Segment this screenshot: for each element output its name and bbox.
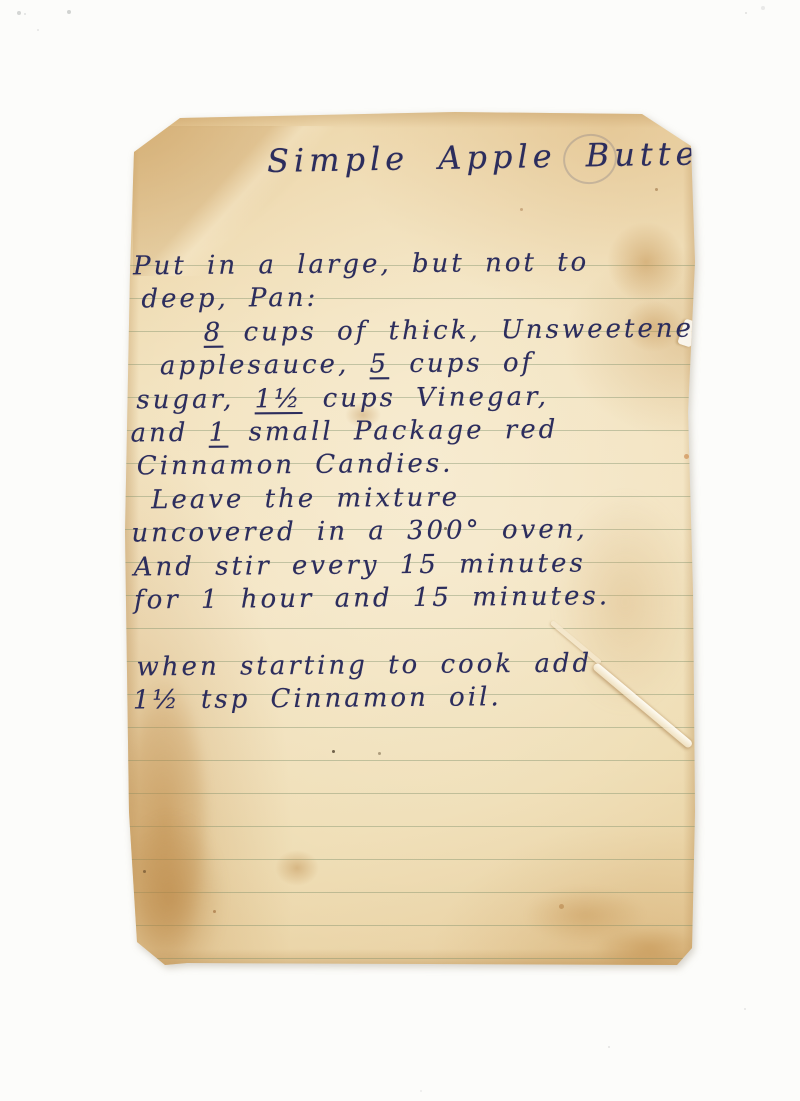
- handwriting-segment: cups Vinegar,: [302, 381, 549, 413]
- recipe-title: Simple Apple Butter: [267, 134, 720, 180]
- recipe-line: deep, Pan:: [129, 279, 693, 317]
- scanner-dust-specks: [0, 0, 2, 2]
- recipe-paper: Simple Apple Butter Put in a large, but …: [125, 112, 695, 965]
- foxing-specks: [125, 112, 128, 115]
- underlined-quantity: 5: [369, 349, 389, 379]
- recipe-line: 8 cups of thick, Unsweetened: [130, 312, 694, 350]
- recipe-line: Cinnamon Candies.: [131, 446, 695, 484]
- handwriting-segment: sugar,: [136, 384, 255, 415]
- scanned-page-background: Simple Apple Butter Put in a large, but …: [0, 0, 800, 1101]
- recipe-line: And stir every 15 minutes: [132, 546, 696, 584]
- handwriting-segment: Put in a large, but not to: [133, 247, 589, 281]
- recipe-line: [132, 613, 696, 651]
- recipe-line: for 1 hour and 15 minutes.: [132, 579, 696, 617]
- stain: [115, 812, 225, 982]
- handwriting-segment: when starting to cook add: [136, 648, 592, 682]
- handwriting-segment: 1½ tsp Cinnamon oil.: [133, 682, 502, 715]
- recipe-line: uncovered in a 300° oven,: [131, 513, 695, 551]
- stain: [275, 850, 319, 886]
- stain: [595, 927, 705, 971]
- recipe-line: 1½ tsp Cinnamon oil.: [133, 680, 697, 718]
- handwriting-segment: for 1 hour and 15 minutes.: [134, 581, 610, 615]
- underlined-quantity: 8: [204, 317, 224, 347]
- handwriting-segment: applesauce,: [160, 350, 370, 382]
- handwriting-segment: small Package red: [228, 415, 558, 448]
- handwriting-segment: deep, Pan:: [141, 283, 318, 315]
- handwriting-segment: cups of thick, Unsweetened: [223, 313, 714, 347]
- recipe-card: Simple Apple Butter Put in a large, but …: [125, 112, 695, 965]
- recipe-line: Leave the mixture: [131, 479, 695, 517]
- recipe-line: when starting to cook add: [132, 646, 696, 684]
- underlined-quantity: 1: [209, 418, 229, 448]
- handwriting-segment: Cinnamon Candies.: [137, 449, 454, 482]
- recipe-line: sugar, 1½ cups Vinegar,: [130, 379, 694, 417]
- handwriting-segment: and: [130, 418, 208, 449]
- handwriting-segment: uncovered in a 300° oven,: [131, 515, 587, 549]
- underlined-quantity: 1½: [254, 384, 302, 414]
- handwriting-segment: Leave the mixture: [151, 482, 460, 515]
- recipe-line: applesauce, 5 cups of: [130, 346, 694, 384]
- handwriting-segment: cups of: [389, 348, 534, 379]
- recipe-line: Put in a large, but not to: [129, 246, 693, 284]
- handwriting-segment: And stir every 15 minutes: [134, 548, 586, 582]
- recipe-body: Put in a large, but not todeep, Pan:8 cu…: [129, 246, 697, 718]
- recipe-line: and 1 small Package red: [130, 412, 694, 450]
